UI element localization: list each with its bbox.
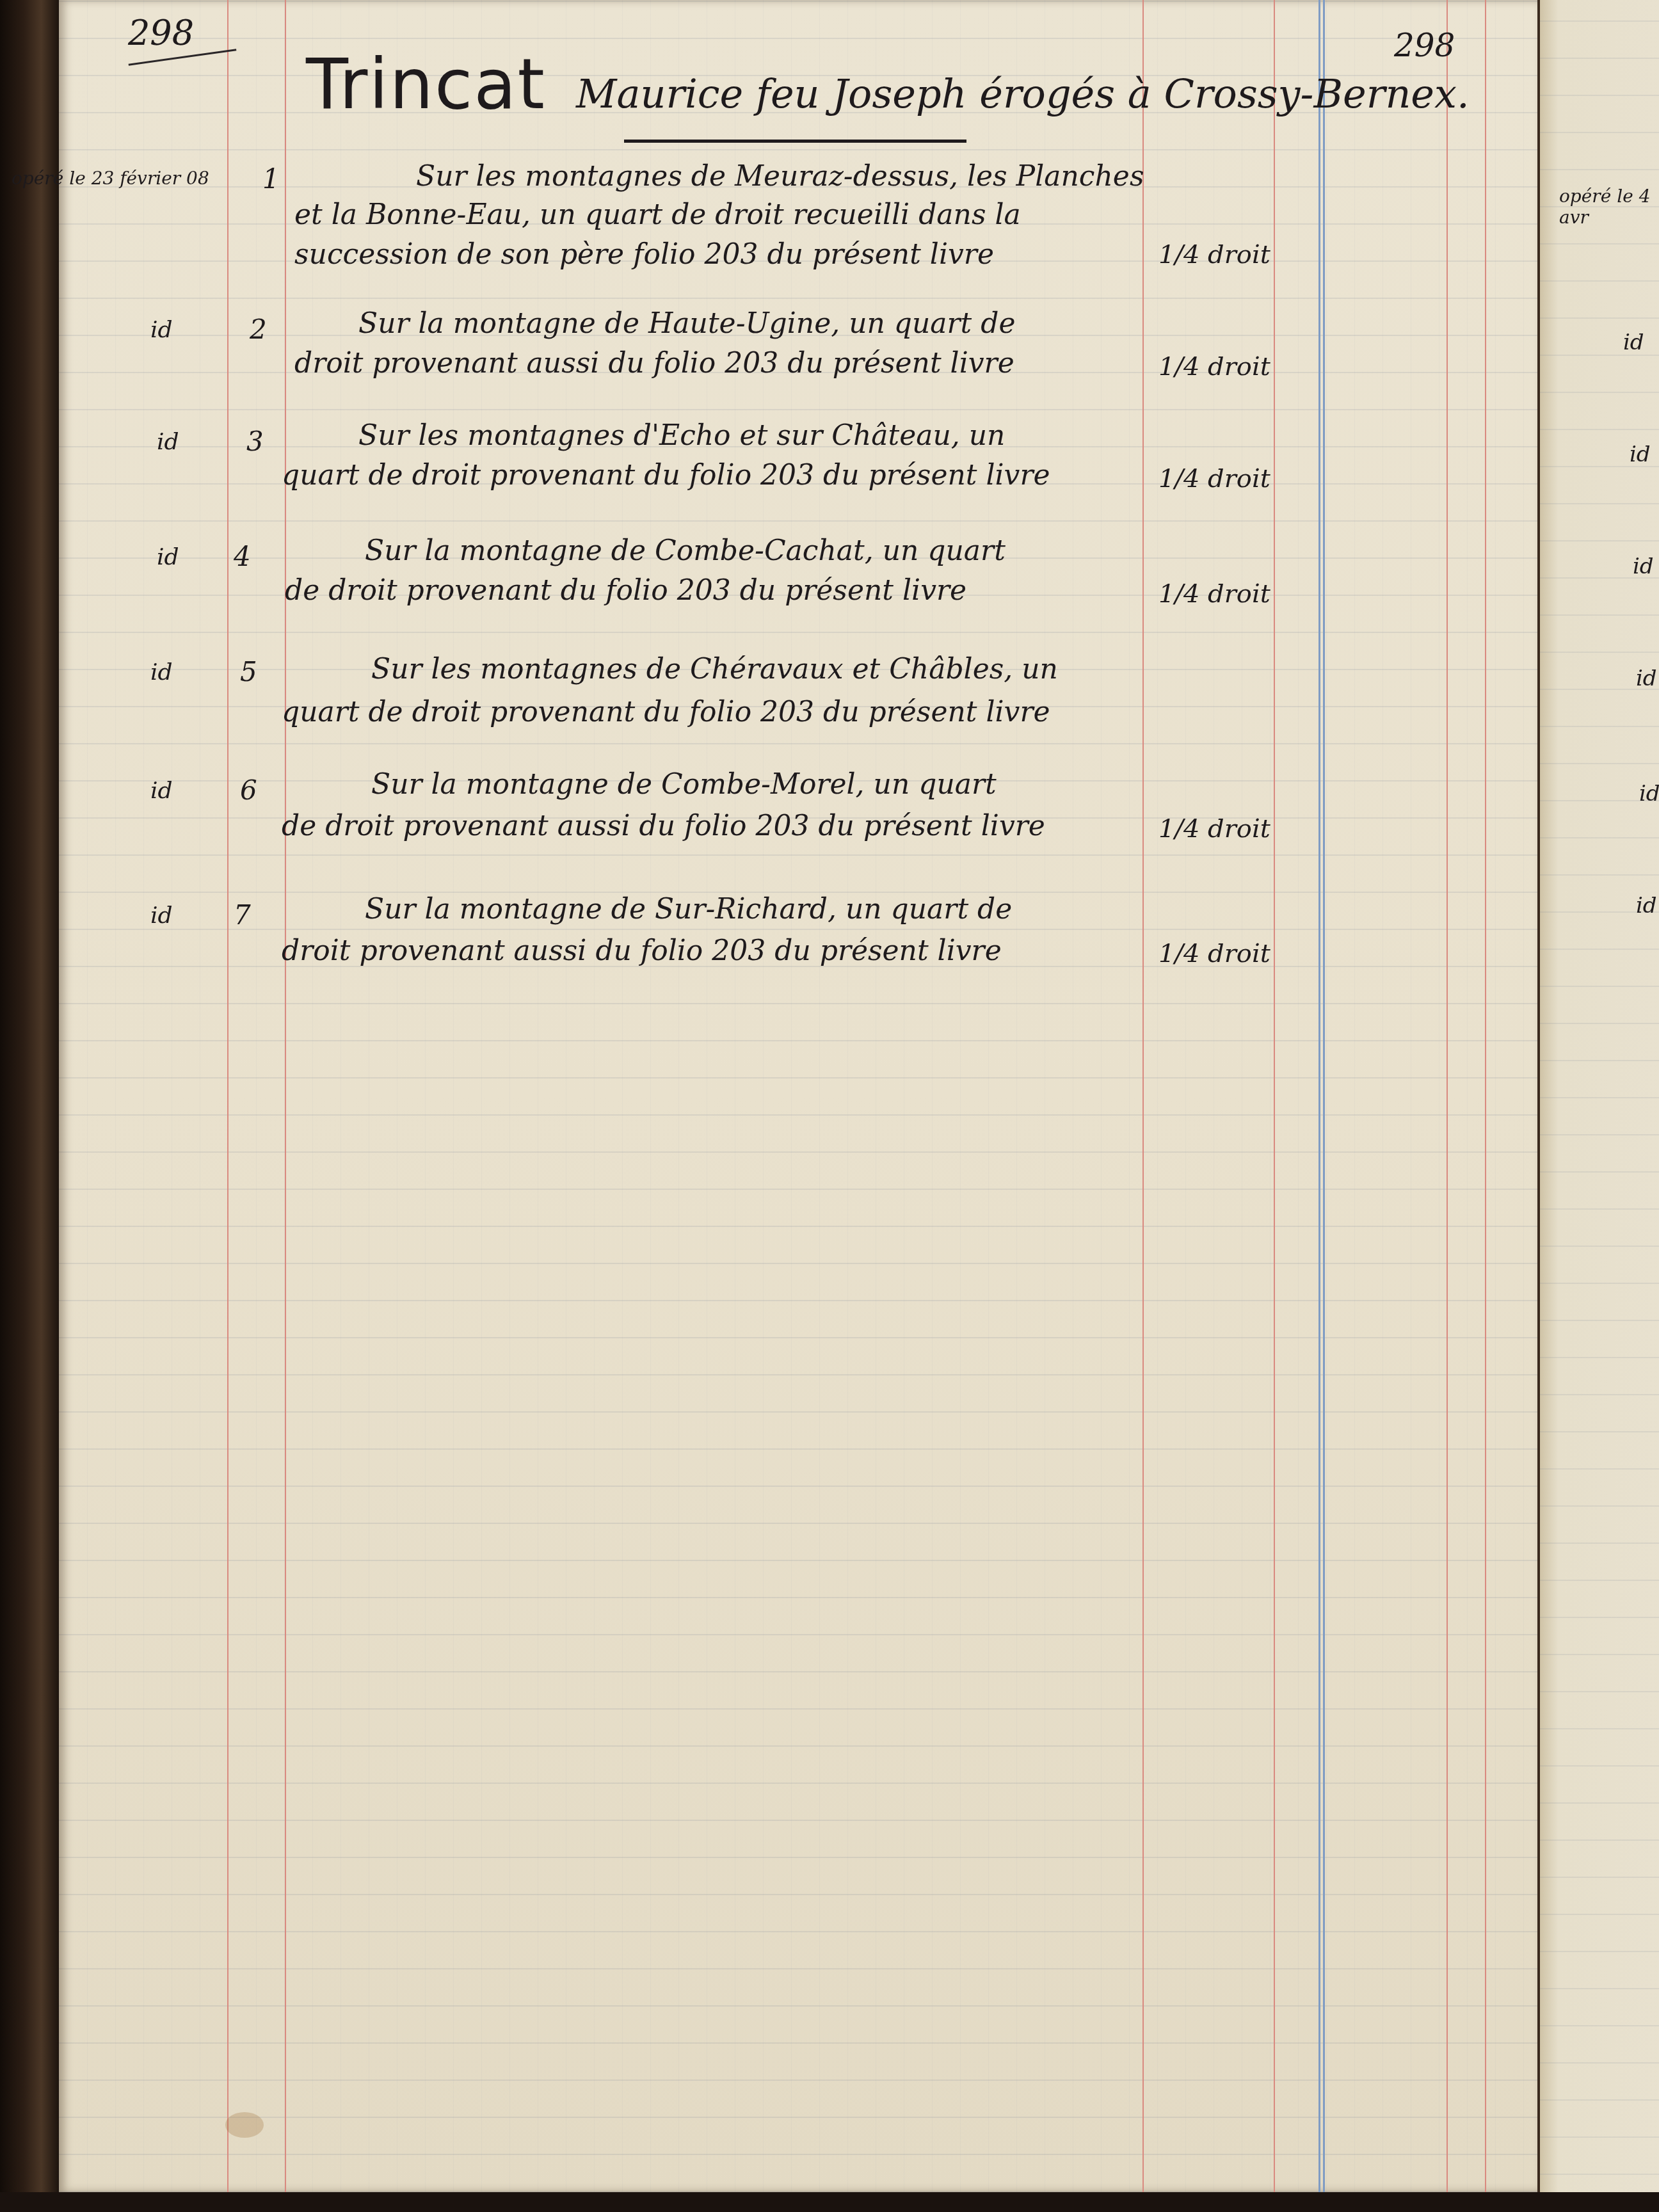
next-page-edge: opéré le 4 avr id id id id id id: [1537, 0, 1659, 2212]
entry-line: Sur la montagne de Combe-Cachat, un quar…: [365, 534, 1006, 567]
share-column-rule-left: [1142, 0, 1144, 2192]
entry-share: 1/4 droit: [1158, 352, 1270, 381]
next-page-ref: id: [1639, 781, 1659, 806]
next-page-ref: id: [1633, 554, 1654, 579]
entry-line: Sur les montagnes de Chéravaux et Châble…: [371, 653, 1058, 685]
entry-line: Sur la montagne de Combe-Morel, un quart: [371, 768, 997, 801]
entry-line: de droit provenant du folio 203 du prése…: [285, 574, 966, 607]
page-title-details: Maurice feu Joseph érogés à Crossy-Berne…: [576, 70, 1470, 117]
book-bottom-edge: [0, 2192, 1659, 2212]
entry-number: 5: [240, 656, 257, 687]
right-column-rule-1: [1447, 0, 1448, 2192]
margin-rule-2: [285, 0, 286, 2192]
entry-line: Sur la montagne de Haute-Ugine, un quart…: [358, 307, 1015, 340]
entry-line: Sur les montagnes d'Echo et sur Château,…: [358, 419, 1005, 452]
next-page-ref: id: [1636, 893, 1657, 918]
entry-share: 1/4 droit: [1158, 939, 1270, 968]
next-page-header-note: opéré le 4 avr: [1559, 186, 1659, 228]
next-page-ref: id: [1623, 330, 1644, 355]
entry-date-note: id: [150, 778, 173, 804]
entry-line: quart de droit provenant du folio 203 du…: [282, 459, 1050, 492]
entry-number: 7: [234, 899, 251, 931]
entry-number: 4: [234, 541, 251, 572]
book-binding-left: [0, 0, 59, 2212]
entry-share: 1/4 droit: [1158, 240, 1270, 269]
entry-date-note: id: [157, 429, 179, 455]
entry-number: 1: [262, 163, 280, 195]
page-title-surname: Trincat: [306, 45, 546, 125]
entry-line: de droit provenant aussi du folio 203 du…: [282, 810, 1045, 842]
margin-rule-1: [227, 0, 228, 2192]
entry-number: 6: [240, 774, 257, 806]
entry-line: droit provenant aussi du folio 203 du pr…: [282, 934, 1002, 967]
folio-number-right: 298: [1394, 27, 1455, 64]
paper-stain: [225, 2112, 264, 2138]
blue-rule-a: [1318, 0, 1320, 2192]
title-underline: [624, 140, 966, 143]
entry-date-note: id: [150, 659, 173, 685]
entry-number: 2: [250, 314, 267, 345]
entry-date-note: id: [150, 317, 173, 343]
entry-share: 1/4 droit: [1158, 464, 1270, 493]
folio-number-left: 298: [128, 13, 194, 53]
entry-number: 3: [246, 426, 264, 457]
entry-share: 1/4 droit: [1158, 814, 1270, 844]
right-column-rule-2: [1485, 0, 1486, 2192]
entry-line: Sur les montagnes de Meuraz-dessus, les …: [416, 160, 1144, 193]
share-column-rule-right: [1274, 0, 1275, 2192]
entry-line: Sur la montagne de Sur-Richard, un quart…: [365, 893, 1012, 926]
entry-line: succession de son père folio 203 du prés…: [294, 238, 994, 271]
next-page-ref: id: [1636, 666, 1657, 691]
blue-rule-b: [1323, 0, 1325, 2192]
entry-date-note: id: [157, 544, 179, 570]
entry-share: 1/4 droit: [1158, 579, 1270, 609]
entry-date-note: opéré le 23 février 08: [12, 168, 209, 189]
entry-line: et la Bonne-Eau, un quart de droit recue…: [294, 198, 1021, 231]
next-page-ref: id: [1630, 442, 1651, 467]
entry-line: droit provenant aussi du folio 203 du pr…: [294, 347, 1014, 380]
entry-line: quart de droit provenant du folio 203 du…: [282, 696, 1050, 728]
entry-date-note: id: [150, 902, 173, 929]
